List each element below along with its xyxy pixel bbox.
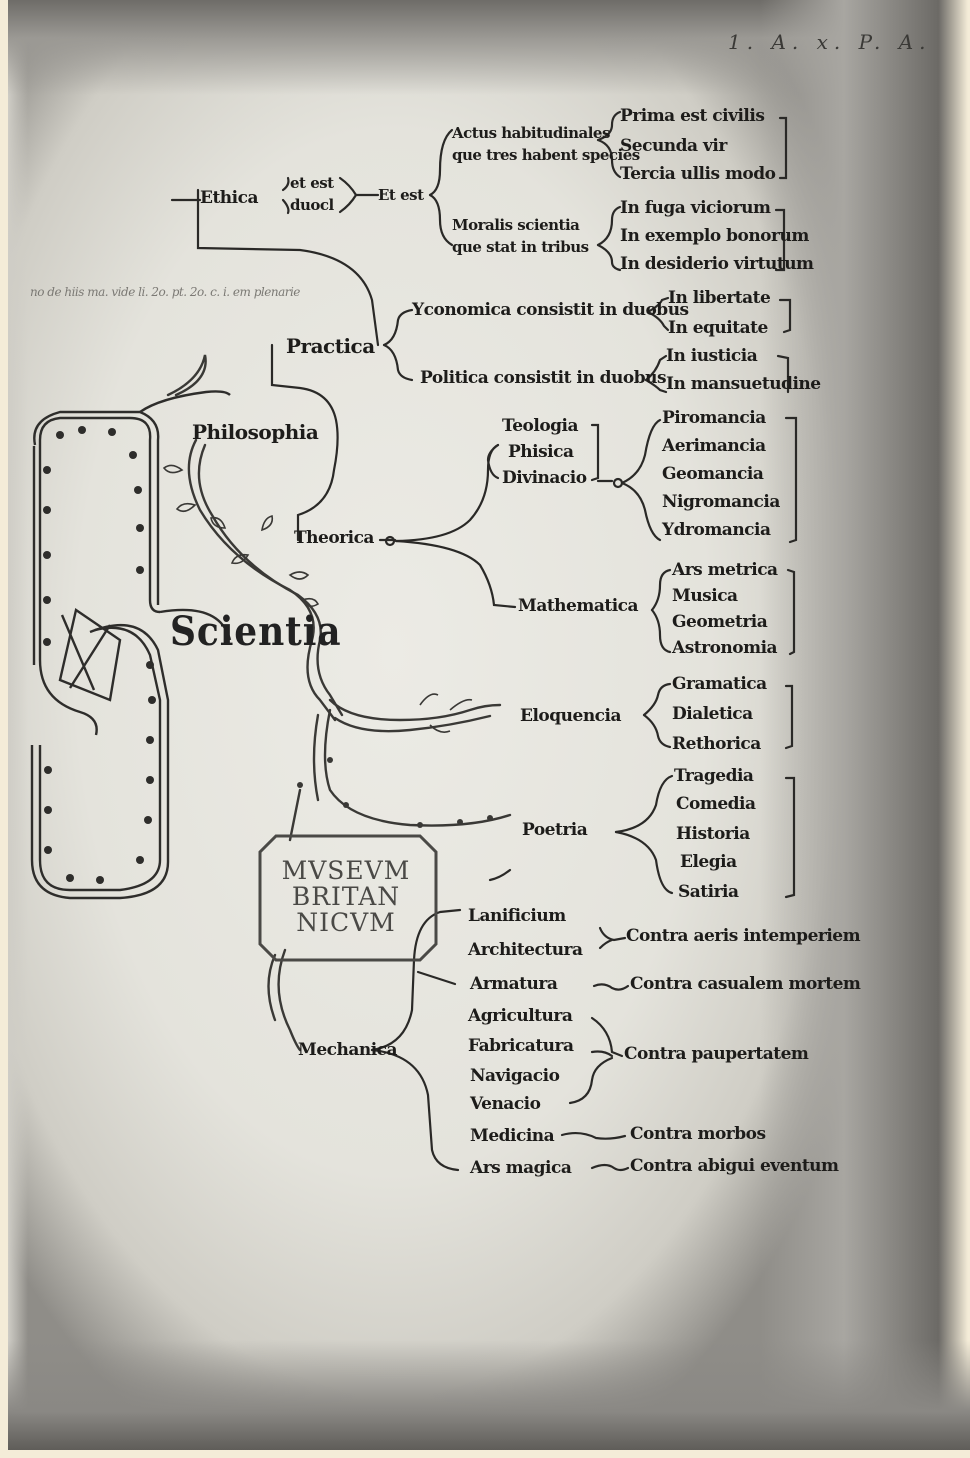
node-scientia-root: Scientia [170, 608, 342, 655]
leaf-prima: Prima est civilis [620, 108, 764, 125]
node-practica: Practica [286, 336, 375, 356]
leaf-fabricatura: Fabricatura [468, 1038, 574, 1055]
leaf-agricultura: Agricultura [468, 1008, 572, 1025]
node-divinacio: Divinacio [502, 470, 587, 487]
leaf-navigacio: Navigacio [470, 1068, 559, 1085]
node-eloquencia: Eloquencia [520, 708, 621, 725]
stamp-line-2: BRITAN [292, 884, 400, 910]
purpose-contra-morbos: Contra morbos [630, 1126, 766, 1143]
leaf-in-mansuetudine: In mansuetudine [666, 376, 821, 393]
leaf-ars-magica: Ars magica [470, 1160, 571, 1177]
leaf-in-libertate: In libertate [668, 290, 770, 307]
leaf-gramatica: Gramatica [672, 676, 767, 693]
node-moralis-scientia-2: que stat in tribus [452, 240, 589, 255]
leaf-ars-metrica: Ars metrica [672, 562, 778, 579]
leaf-armatura: Armatura [470, 976, 557, 993]
leaf-satiria: Satiria [678, 884, 739, 901]
leaf-in-exemplo: In exemplo bonorum [620, 228, 809, 245]
ethica-qualifier-1: et est [290, 176, 334, 191]
leaf-geomancia: Geomancia [662, 466, 763, 483]
ethica-qualifier-2: duocl [290, 198, 334, 213]
leaf-aerimancia: Aerimancia [662, 438, 766, 455]
purpose-contra-abigui: Contra abigui eventum [630, 1158, 839, 1175]
leaf-astronomia: Astronomia [672, 640, 777, 657]
stamp-line-3: NICVM [296, 910, 396, 936]
leaf-in-fuga: In fuga viciorum [620, 200, 771, 217]
leaf-musica: Musica [672, 588, 738, 605]
node-politica: Politica consistit in duobus [420, 370, 666, 387]
node-actus-habitudinales: Actus habitudinales [452, 126, 610, 141]
leaf-comedia: Comedia [676, 796, 756, 813]
leaf-dialetica: Dialetica [672, 706, 753, 723]
leaf-secunda: Secunda vir [620, 138, 727, 155]
purpose-contra-casualem: Contra casualem mortem [630, 976, 860, 993]
leaf-in-iusticia: In iusticia [666, 348, 757, 365]
leaf-tragedia: Tragedia [674, 768, 753, 785]
leaf-in-equitate: In equitate [668, 320, 768, 337]
shelfmark: 1. A. x. P. A. [728, 30, 932, 54]
museum-stamp: MVSEVM BRITAN NICVM [258, 836, 434, 958]
node-poetria: Poetria [522, 822, 587, 839]
leaf-lanificium: Lanificium [468, 908, 566, 925]
leaf-medicina: Medicina [470, 1128, 554, 1145]
leaf-venacio: Venacio [470, 1096, 540, 1113]
node-philosophia: Philosophia [192, 422, 318, 442]
node-teologia: Teologia [502, 418, 578, 435]
leaf-in-desiderio: In desiderio virtutum [620, 256, 814, 273]
node-phisica: Phisica [508, 444, 574, 461]
leaf-rethorica: Rethorica [672, 736, 761, 753]
node-mechanica: Mechanica [298, 1042, 397, 1059]
leaf-historia: Historia [676, 826, 750, 843]
node-yconomica: Yconomica consistit in duobus [412, 302, 689, 319]
node-moralis-scientia: Moralis scientia [452, 218, 579, 233]
node-ethica: Ethica [200, 190, 258, 207]
leaf-geometria: Geometria [672, 614, 767, 631]
leaf-ydromancia: Ydromancia [662, 522, 771, 539]
leaf-nigromancia: Nigromancia [662, 494, 780, 511]
leaf-tercia: Tercia ullis modo [620, 166, 776, 183]
leaf-architectura: Architectura [468, 942, 583, 959]
purpose-contra-aeris: Contra aeris intemperiem [626, 928, 860, 945]
marginal-note: no de hiis ma. vide li. 2o. pt. 2o. c. i… [30, 286, 300, 298]
stamp-line-1: MVSEVM [282, 858, 411, 884]
node-actus-habitudinales-2: que tres habent species [452, 148, 640, 163]
node-et-est: Et est [378, 188, 424, 203]
leaf-piromancia: Piromancia [662, 410, 766, 427]
node-theorica: Theorica [294, 530, 374, 547]
leaf-elegia: Elegia [680, 854, 737, 871]
node-mathematica: Mathematica [518, 598, 638, 615]
purpose-contra-paupertatem: Contra paupertatem [624, 1046, 808, 1063]
